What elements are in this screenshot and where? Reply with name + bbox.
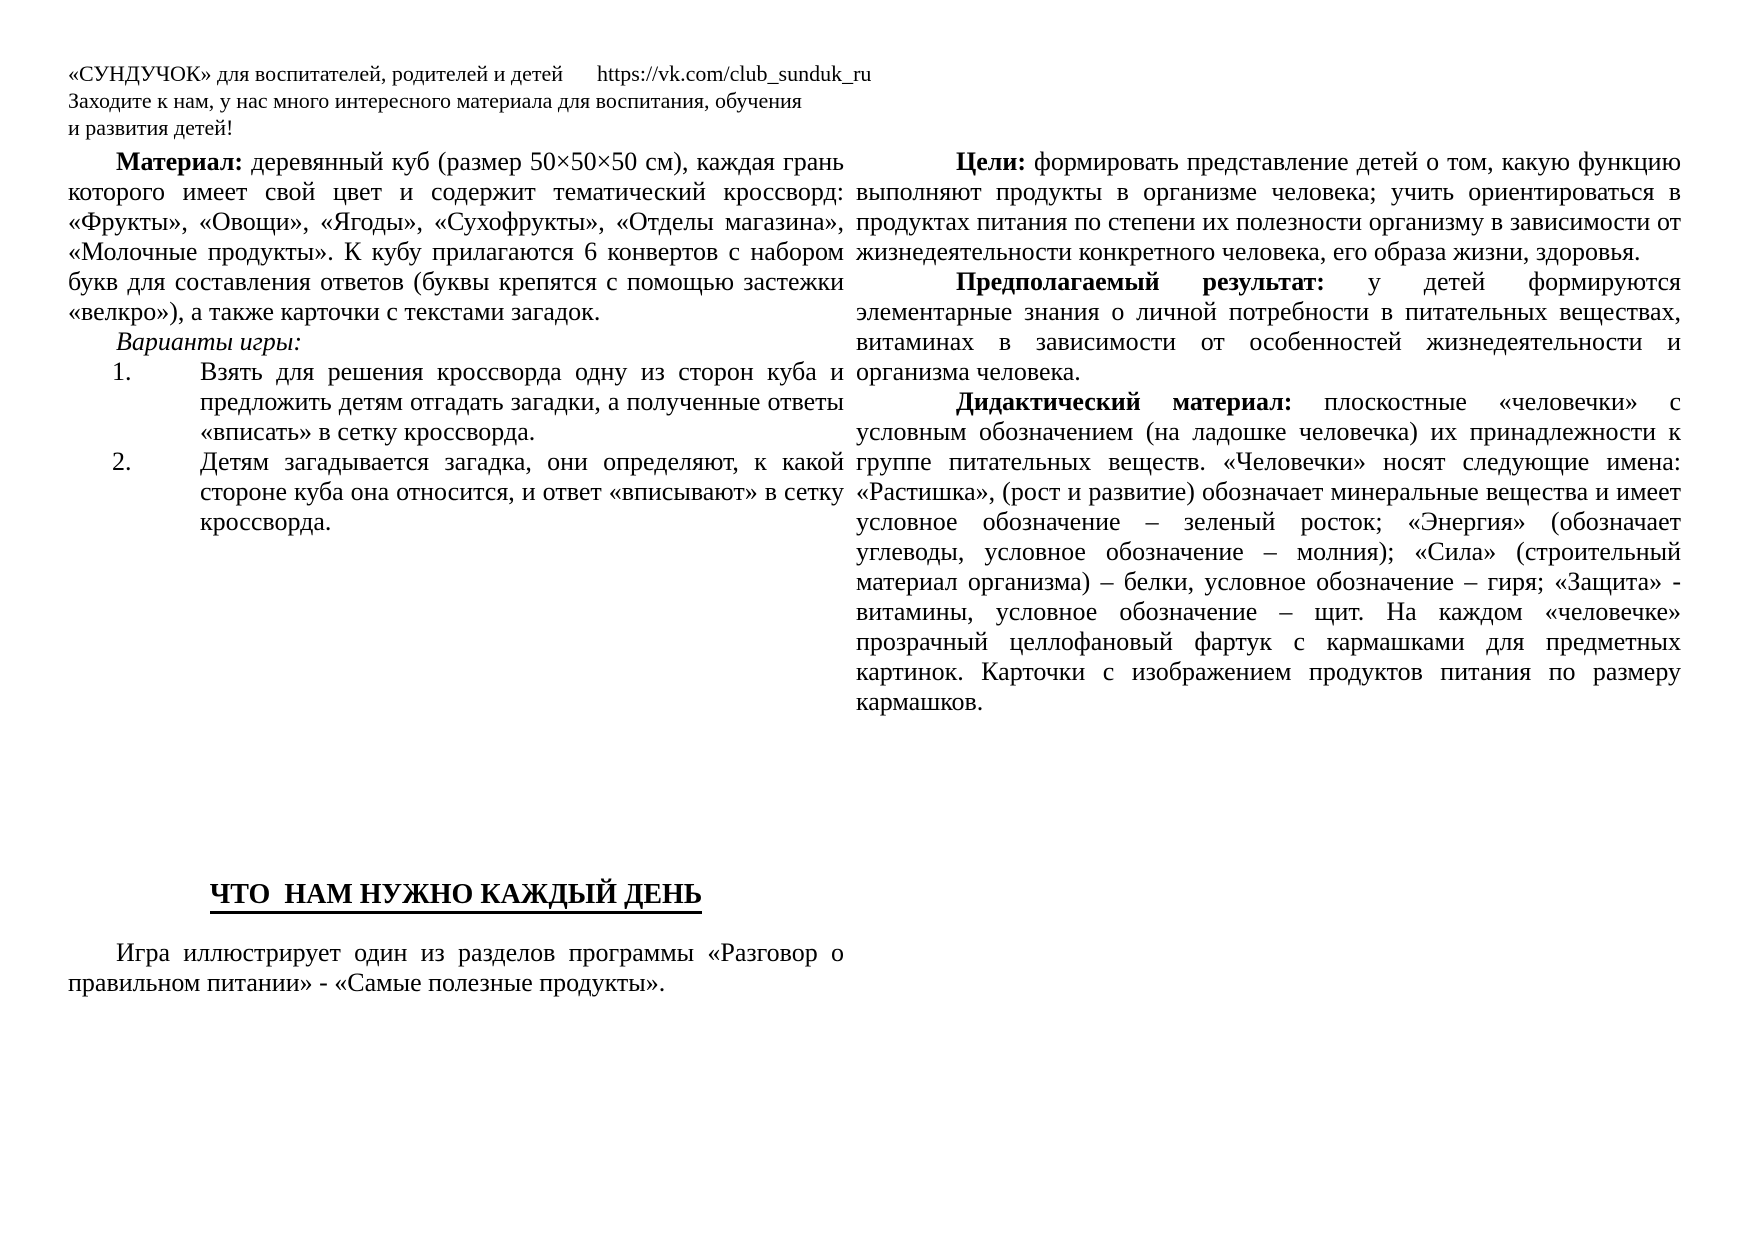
header-line-2: Заходите к нам, у нас много интересного … — [68, 87, 1168, 114]
goals-paragraph: Цели: формировать представление детей о … — [856, 147, 1681, 267]
didactic-material-label: Дидактический материал: — [956, 387, 1292, 416]
header-line-1: «СУНДУЧОК» для воспитателей, родителей и… — [68, 60, 1168, 87]
material-label: Материал: — [116, 147, 243, 176]
vk-url: https://vk.com/club_sunduk_ru — [597, 61, 871, 86]
section-heading: ЧТО НАМ НУЖНО КАЖДЫЙ ДЕНЬ — [68, 878, 844, 912]
club-title: «СУНДУЧОК» для воспитателей, родителей и… — [68, 61, 563, 86]
section-heading-text: ЧТО НАМ НУЖНО КАЖДЫЙ ДЕНЬ — [210, 879, 703, 914]
list-item-number: 2. — [68, 447, 200, 537]
goals-label: Цели: — [956, 147, 1026, 176]
list-item: 1. Взять для решения кроссворда одну из … — [68, 357, 844, 447]
left-column: Материал: деревянный куб (размер 50×50×5… — [68, 147, 844, 998]
header-line-3: и развития детей! — [68, 114, 1168, 141]
list-item-text: Детям загадывается загадка, они определя… — [200, 447, 844, 537]
document-page: «СУНДУЧОК» для воспитателей, родителей и… — [0, 0, 1754, 1240]
expected-result-label: Предполагаемый результат: — [956, 267, 1325, 296]
variants-label: Варианты игры: — [68, 327, 844, 357]
intro-paragraph: Игра иллюстрирует один из разделов прогр… — [68, 938, 844, 998]
list-item-number: 1. — [68, 357, 200, 447]
didactic-material-paragraph: Дидактический материал: плоскостные «чел… — [856, 387, 1681, 717]
list-item-text: Взять для решения кроссворда одну из сто… — [200, 357, 844, 447]
right-column: Цели: формировать представление детей о … — [856, 147, 1681, 717]
expected-result-paragraph: Предполагаемый результат: у детей формир… — [856, 267, 1681, 387]
game-options-list: 1. Взять для решения кроссворда одну из … — [68, 357, 844, 537]
material-paragraph: Материал: деревянный куб (размер 50×50×5… — [68, 147, 844, 327]
didactic-material-text: плоскостные «человечки» с условным обозн… — [856, 387, 1681, 716]
document-header: «СУНДУЧОК» для воспитателей, родителей и… — [68, 60, 1168, 141]
list-item: 2. Детям загадывается загадка, они опред… — [68, 447, 844, 537]
